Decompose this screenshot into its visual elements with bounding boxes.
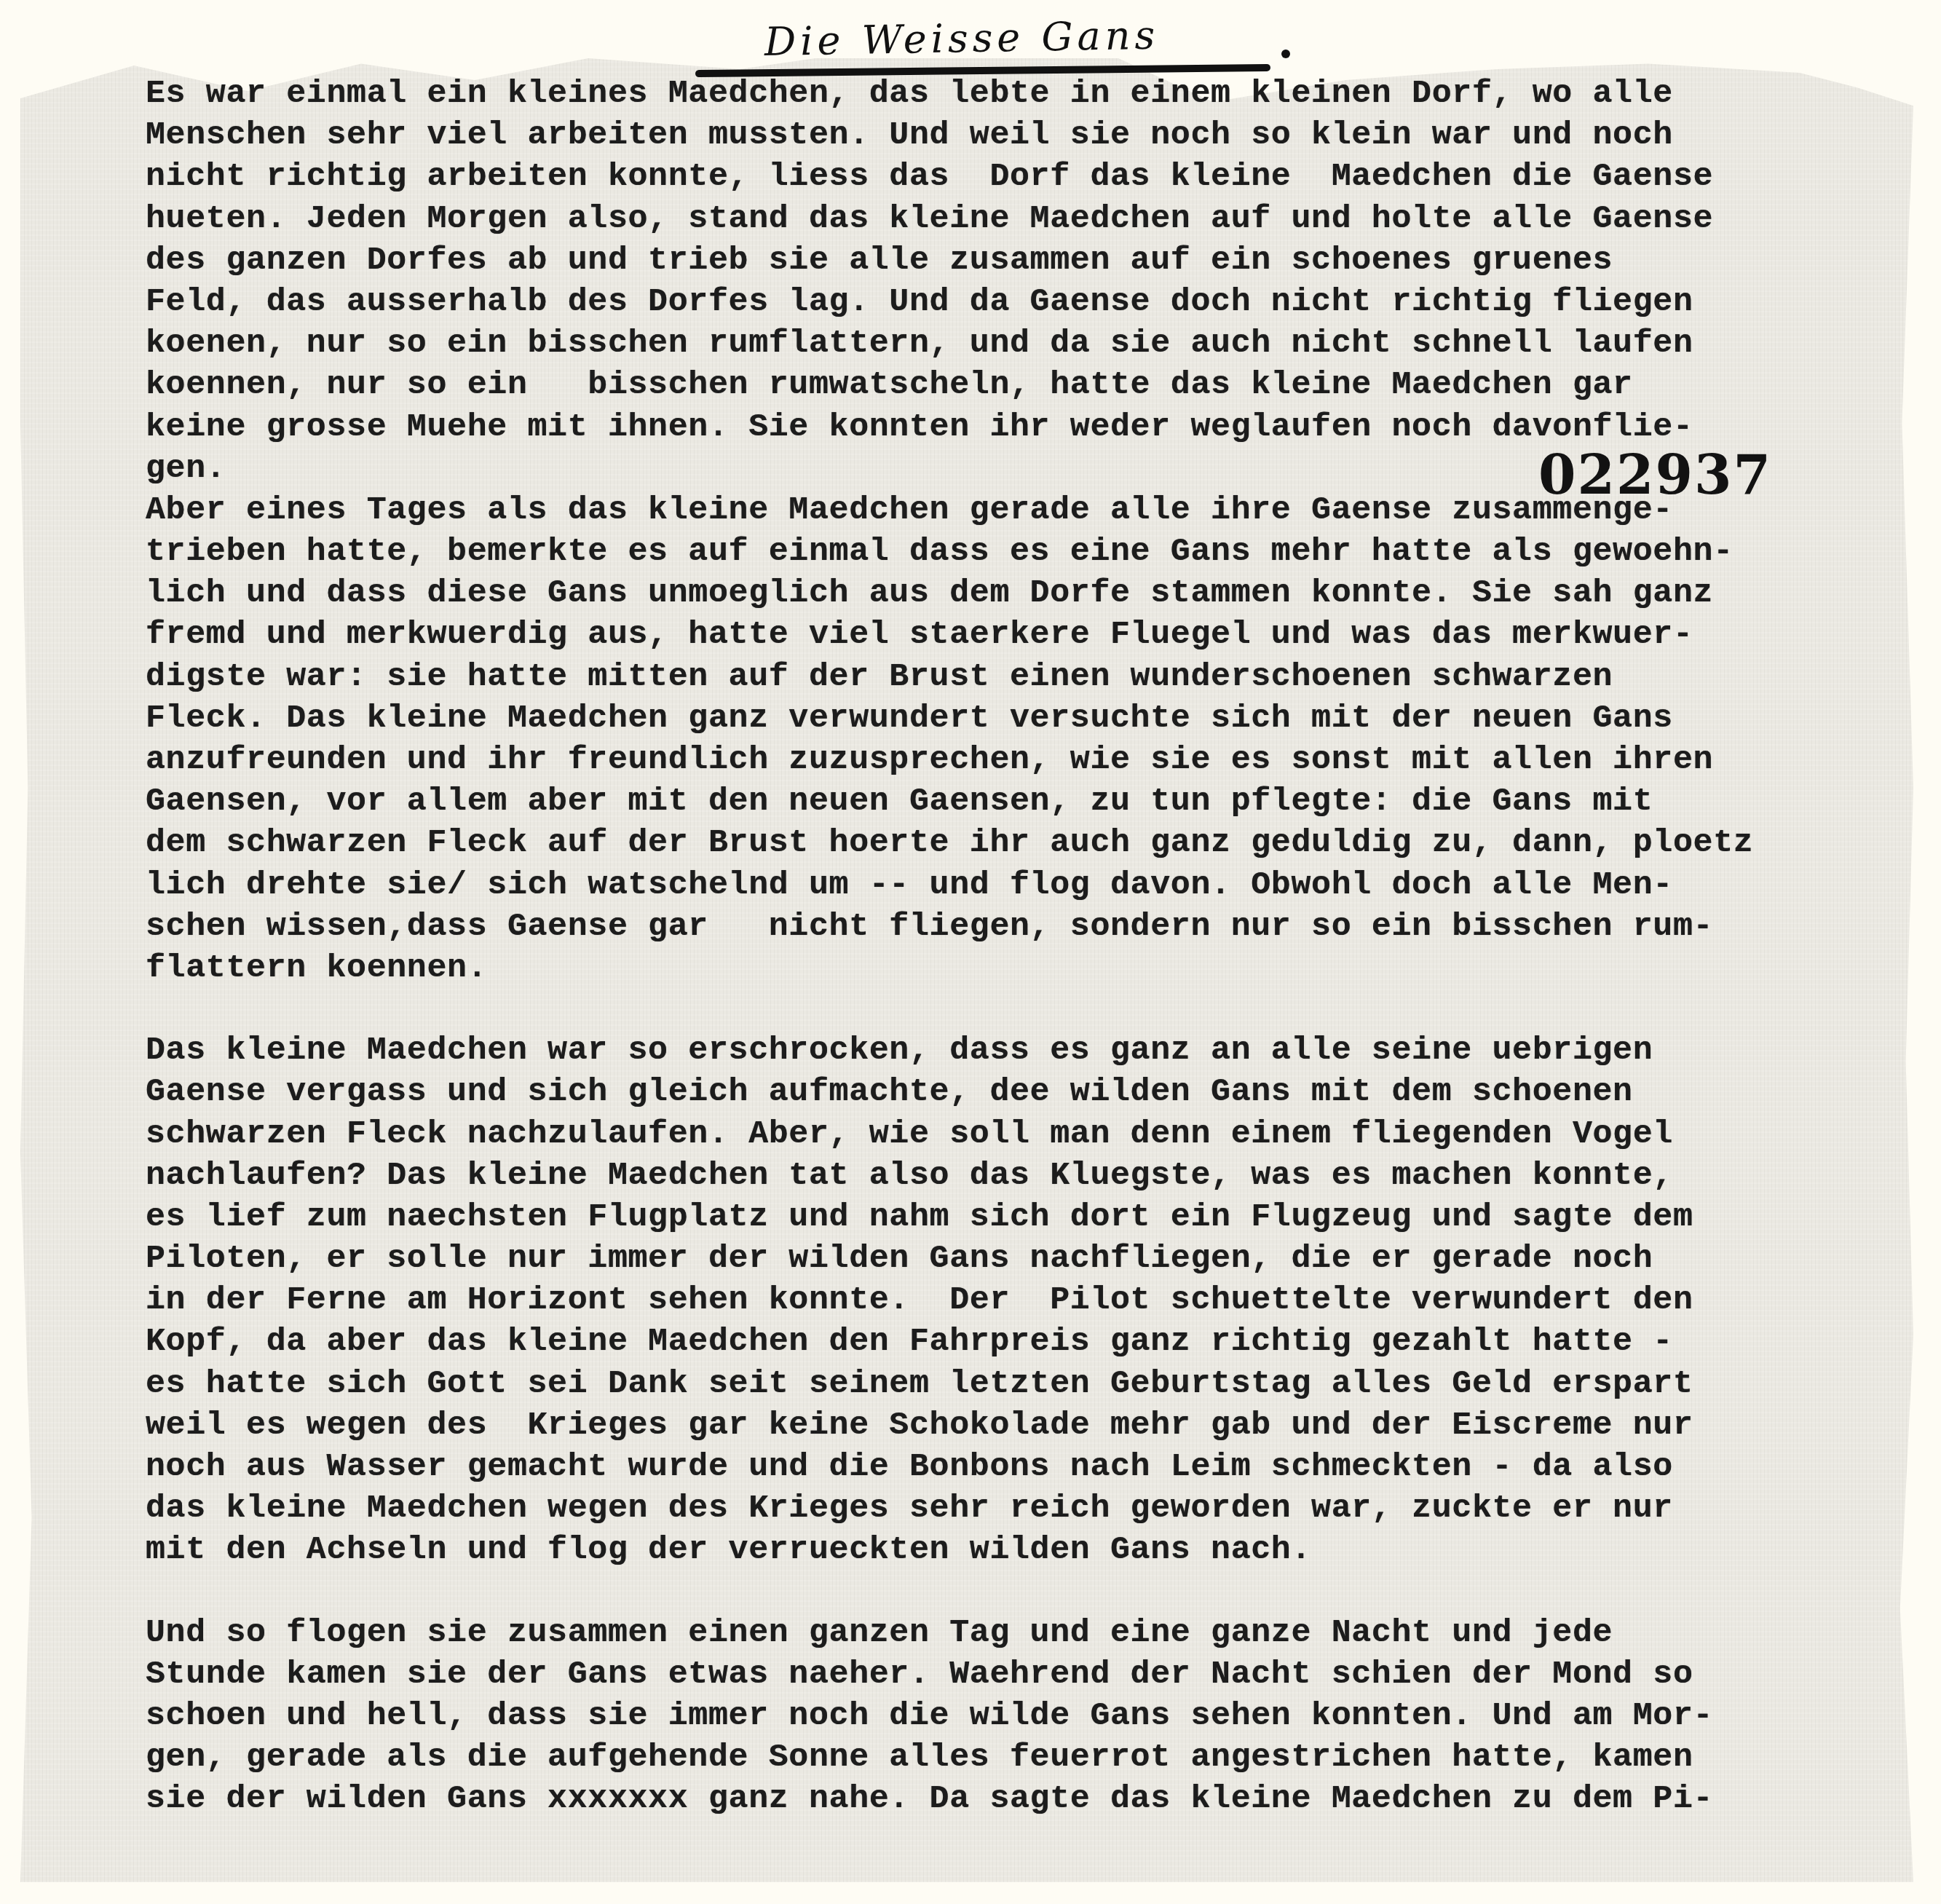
text-line: dem schwarzen Fleck auf der Brust hoerte… bbox=[146, 822, 1922, 864]
text-line: des ganzen Dorfes ab und trieb sie alle … bbox=[146, 240, 1922, 281]
text-line: nachlaufen? Das kleine Maedchen tat also… bbox=[146, 1155, 1922, 1196]
paragraph-4: Und so flogen sie zusammen einen ganzen … bbox=[146, 1612, 1922, 1820]
paragraph-3: Das kleine Maedchen war so erschrocken, … bbox=[146, 1030, 1922, 1571]
text-line: koenen, nur so ein bisschen rumflattern,… bbox=[146, 323, 1922, 364]
text-line: Menschen sehr viel arbeiten mussten. Und… bbox=[146, 114, 1922, 156]
text-line: schwarzen Fleck nachzulaufen. Aber, wie … bbox=[146, 1113, 1922, 1155]
text-line: lich drehte sie/ sich watschelnd um -- u… bbox=[146, 864, 1922, 906]
paragraph-spacer bbox=[146, 989, 1922, 1030]
text-line: Feld, das ausserhalb des Dorfes lag. Und… bbox=[146, 281, 1922, 323]
text-line: Kopf, da aber das kleine Maedchen den Fa… bbox=[146, 1321, 1922, 1362]
text-line: sie der wilden Gans xxxxxxx ganz nahe. D… bbox=[146, 1778, 1922, 1820]
paragraph-1: Es war einmal ein kleines Maedchen, das … bbox=[146, 73, 1922, 489]
text-line: noch aus Wasser gemacht wurde und die Bo… bbox=[146, 1446, 1922, 1488]
text-line: anzufreunden und ihr freundlich zuzuspre… bbox=[146, 739, 1922, 781]
text-line: Es war einmal ein kleines Maedchen, das … bbox=[146, 73, 1922, 114]
text-line: schen wissen,dass Gaense gar nicht flieg… bbox=[146, 906, 1922, 947]
text-line: das kleine Maedchen wegen des Krieges se… bbox=[146, 1488, 1922, 1529]
story-body: Es war einmal ein kleines Maedchen, das … bbox=[146, 73, 1922, 1820]
text-line: trieben hatte, bemerkte es auf einmal da… bbox=[146, 531, 1922, 572]
text-line: Gaensen, vor allem aber mit den neuen Ga… bbox=[146, 781, 1922, 822]
text-line: fremd und merkwuerdig aus, hatte viel st… bbox=[146, 614, 1922, 655]
text-line: gen, gerade als die aufgehende Sonne all… bbox=[146, 1737, 1922, 1778]
text-line: nicht richtig arbeiten konnte, liess das… bbox=[146, 156, 1922, 197]
text-line: es lief zum naechsten Flugplatz und nahm… bbox=[146, 1196, 1922, 1238]
title-period-mark bbox=[1281, 50, 1290, 58]
text-line: flattern koennen. bbox=[146, 947, 1922, 989]
text-line: mit den Achseln und flog der verrueckten… bbox=[146, 1529, 1922, 1571]
text-line: hueten. Jeden Morgen also, stand das kle… bbox=[146, 198, 1922, 240]
text-line: Stunde kamen sie der Gans etwas naeher. … bbox=[146, 1654, 1922, 1695]
text-line: Und so flogen sie zusammen einen ganzen … bbox=[146, 1612, 1922, 1654]
text-line: Piloten, er solle nur immer der wilden G… bbox=[146, 1238, 1922, 1279]
text-line: weil es wegen des Krieges gar keine Scho… bbox=[146, 1405, 1922, 1446]
text-line: Fleck. Das kleine Maedchen ganz verwunde… bbox=[146, 698, 1922, 739]
text-line: Gaense vergass und sich gleich aufmachte… bbox=[146, 1071, 1922, 1113]
paragraph-spacer bbox=[146, 1571, 1922, 1612]
text-line: keine grosse Muehe mit ihnen. Sie konnte… bbox=[146, 406, 1922, 448]
text-line: schoen und hell, dass sie immer noch die… bbox=[146, 1695, 1922, 1737]
text-line: digste war: sie hatte mitten auf der Bru… bbox=[146, 656, 1922, 698]
text-line: koennen, nur so ein bisschen rumwatschel… bbox=[146, 364, 1922, 406]
text-line: Das kleine Maedchen war so erschrocken, … bbox=[146, 1030, 1922, 1071]
paragraph-2: Aber eines Tages als das kleine Maedchen… bbox=[146, 489, 1922, 989]
text-line: in der Ferne am Horizont sehen konnte. D… bbox=[146, 1279, 1922, 1321]
text-line: es hatte sich Gott sei Dank seit seinem … bbox=[146, 1363, 1922, 1405]
archive-number-stamp: 022937 bbox=[1538, 444, 1772, 507]
text-line: lich und dass diese Gans unmoeglich aus … bbox=[146, 572, 1922, 614]
